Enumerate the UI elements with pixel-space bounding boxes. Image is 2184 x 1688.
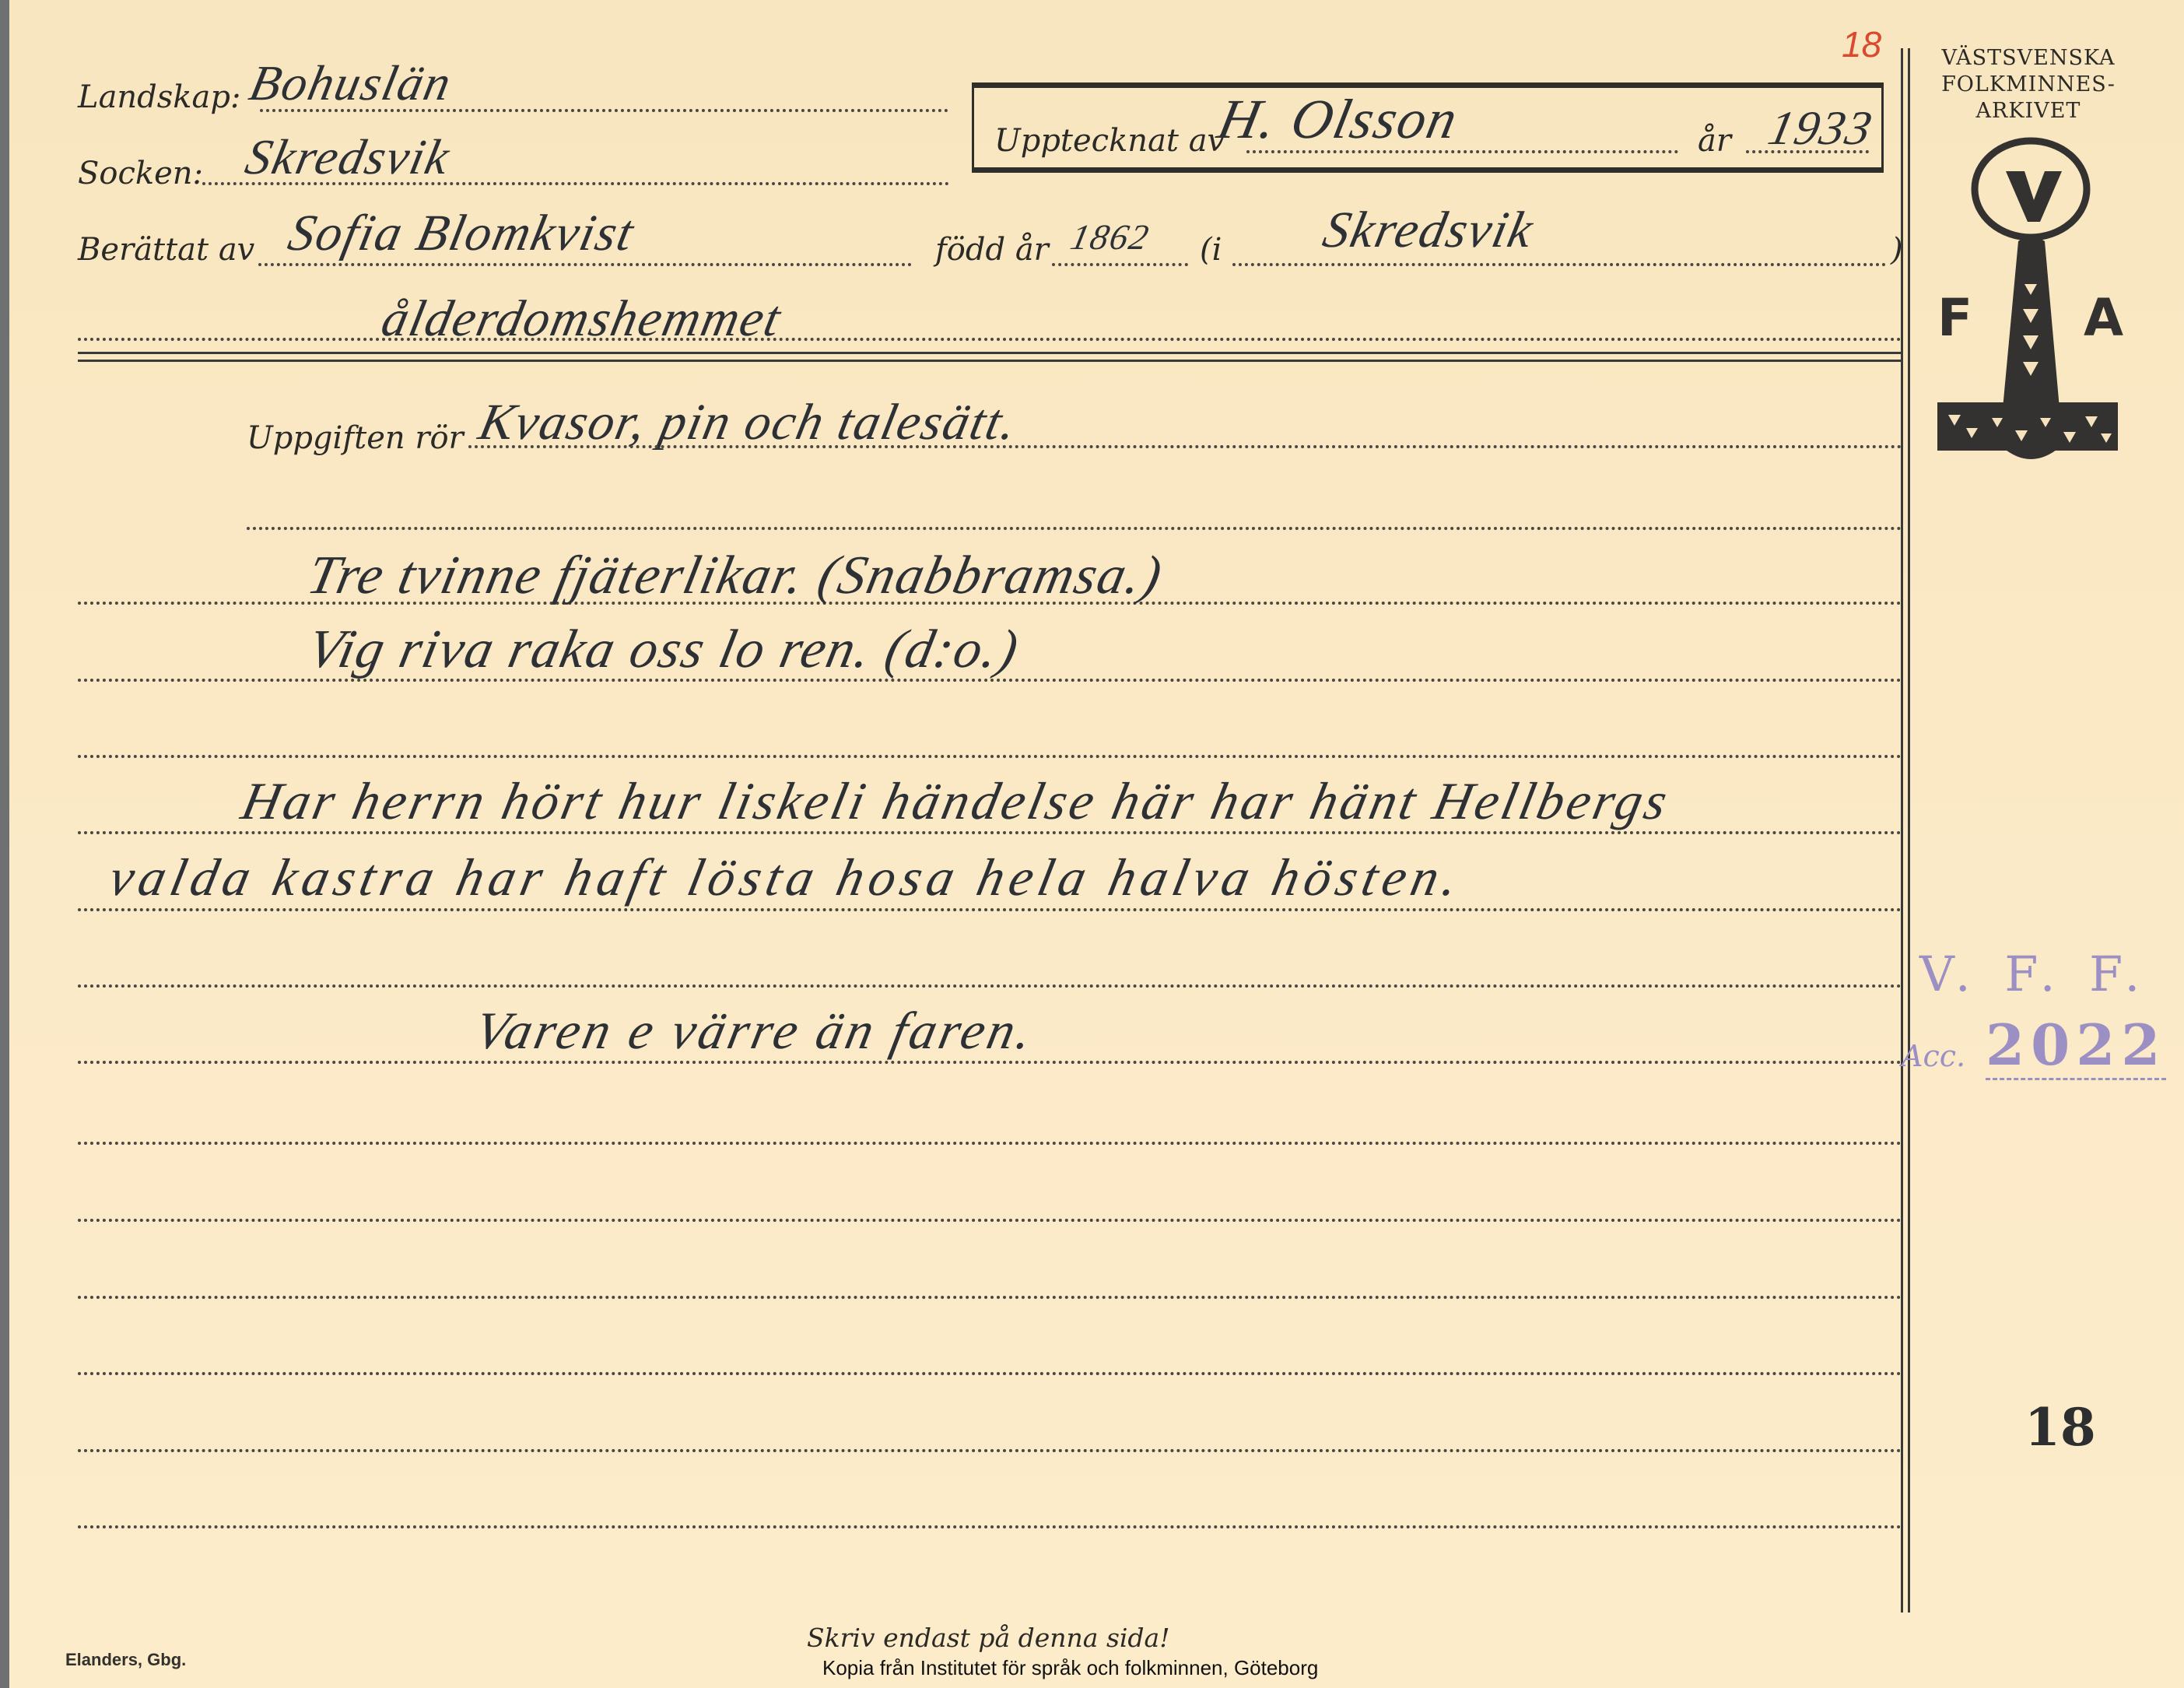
footer-instruction: Skriv endast på denna sida! <box>807 1623 1170 1653</box>
margin-rule-left <box>1901 48 1903 1613</box>
landskap-label: Landskap: <box>78 79 240 115</box>
entry-line: Vig riva raka oss lo ren. (d:o.) <box>302 619 1025 681</box>
ruled-line <box>78 1296 1902 1299</box>
ar-value: 1933 <box>1763 101 1877 156</box>
stamp-vff: V. F. F. <box>1919 946 2149 1002</box>
subject-value: Kvasor, pin och talesätt. <box>474 393 1023 452</box>
ruled-line <box>78 755 1902 758</box>
berattat-value: Sofia Blomkvist <box>283 204 640 263</box>
socken-dotted-line <box>202 182 949 185</box>
ruled-line <box>78 1525 1902 1528</box>
page-number: 18 <box>2024 1397 2096 1458</box>
org-line-3: ARKIVET <box>1919 98 2137 125</box>
entry-line: Varen e värre än faren. <box>470 1000 1041 1062</box>
printer-credit: Elanders, Gbg. <box>65 1650 186 1670</box>
socken-value: Skredsvik <box>240 128 456 186</box>
stamp-acc-prefix: Acc. <box>1902 1039 1965 1073</box>
ruled-line <box>78 1142 1902 1145</box>
ar-label: år <box>1698 123 1731 159</box>
ruled-line <box>78 1449 1902 1452</box>
ruled-line <box>78 1219 1902 1222</box>
org-line-2: FOLKMINNES- <box>1919 72 2137 98</box>
subject-dotted-line <box>468 445 1902 448</box>
fodd-label: född år <box>935 232 1049 268</box>
i-dotted-line <box>1232 263 1886 266</box>
archive-card: 18 Landskap: Bohuslän Socken: Skredsvik … <box>9 0 2184 1688</box>
fodd-value: 1862 <box>1067 216 1153 258</box>
socken-label: Socken: <box>78 156 203 191</box>
entry-line: Har herrn hört hur liskeli händelse här … <box>237 770 1676 832</box>
archive-number-red: 18 <box>1842 23 1881 65</box>
header-double-rule-top <box>78 352 1902 354</box>
thors-hammer-icon: F A <box>1931 128 2133 471</box>
org-name: VÄSTSVENSKA FOLKMINNES- ARKIVET <box>1919 45 2137 125</box>
i-value: Skredsvik <box>1318 201 1540 260</box>
logo-letter-f: F <box>1937 288 1972 348</box>
landskap-dotted-line <box>260 109 948 112</box>
ar-dotted-line <box>1746 150 1869 153</box>
entry-line: valda kastra har haft lösta hosa hela ha… <box>104 847 1470 908</box>
landskap-value: Bohuslän <box>244 54 457 112</box>
berattat-dotted-line <box>258 263 912 266</box>
ruled-line <box>78 908 1902 911</box>
upptecknat-dotted-line <box>1246 150 1678 153</box>
header-bottom-dotted-line <box>78 338 1902 341</box>
ruled-line <box>78 984 1902 988</box>
entry-line: Tre tvinne fjäterlikar. (Snabbramsa.) <box>302 545 1168 607</box>
footer-copy-note: Kopia från Institutet för språk och folk… <box>822 1656 1318 1680</box>
stamp-acc-number: 2022 <box>1986 1012 2166 1080</box>
header-double-rule-bottom <box>78 360 1902 362</box>
berattat-label: Berättat av <box>78 232 254 268</box>
ruled-line <box>247 527 1902 530</box>
margin-rule-right <box>1908 48 1910 1613</box>
subject-label: Uppgiften rör <box>247 420 464 456</box>
upptecknat-label: Uppteckn­at av <box>994 123 1225 159</box>
fodd-dotted-line <box>1052 263 1188 266</box>
ruled-line <box>78 1372 1902 1375</box>
upptecknat-value: H. Olsson <box>1212 87 1464 152</box>
logo-letter-a: A <box>2084 288 2123 348</box>
i-label: (i <box>1200 232 1222 268</box>
org-line-1: VÄSTSVENSKA <box>1919 45 2137 72</box>
